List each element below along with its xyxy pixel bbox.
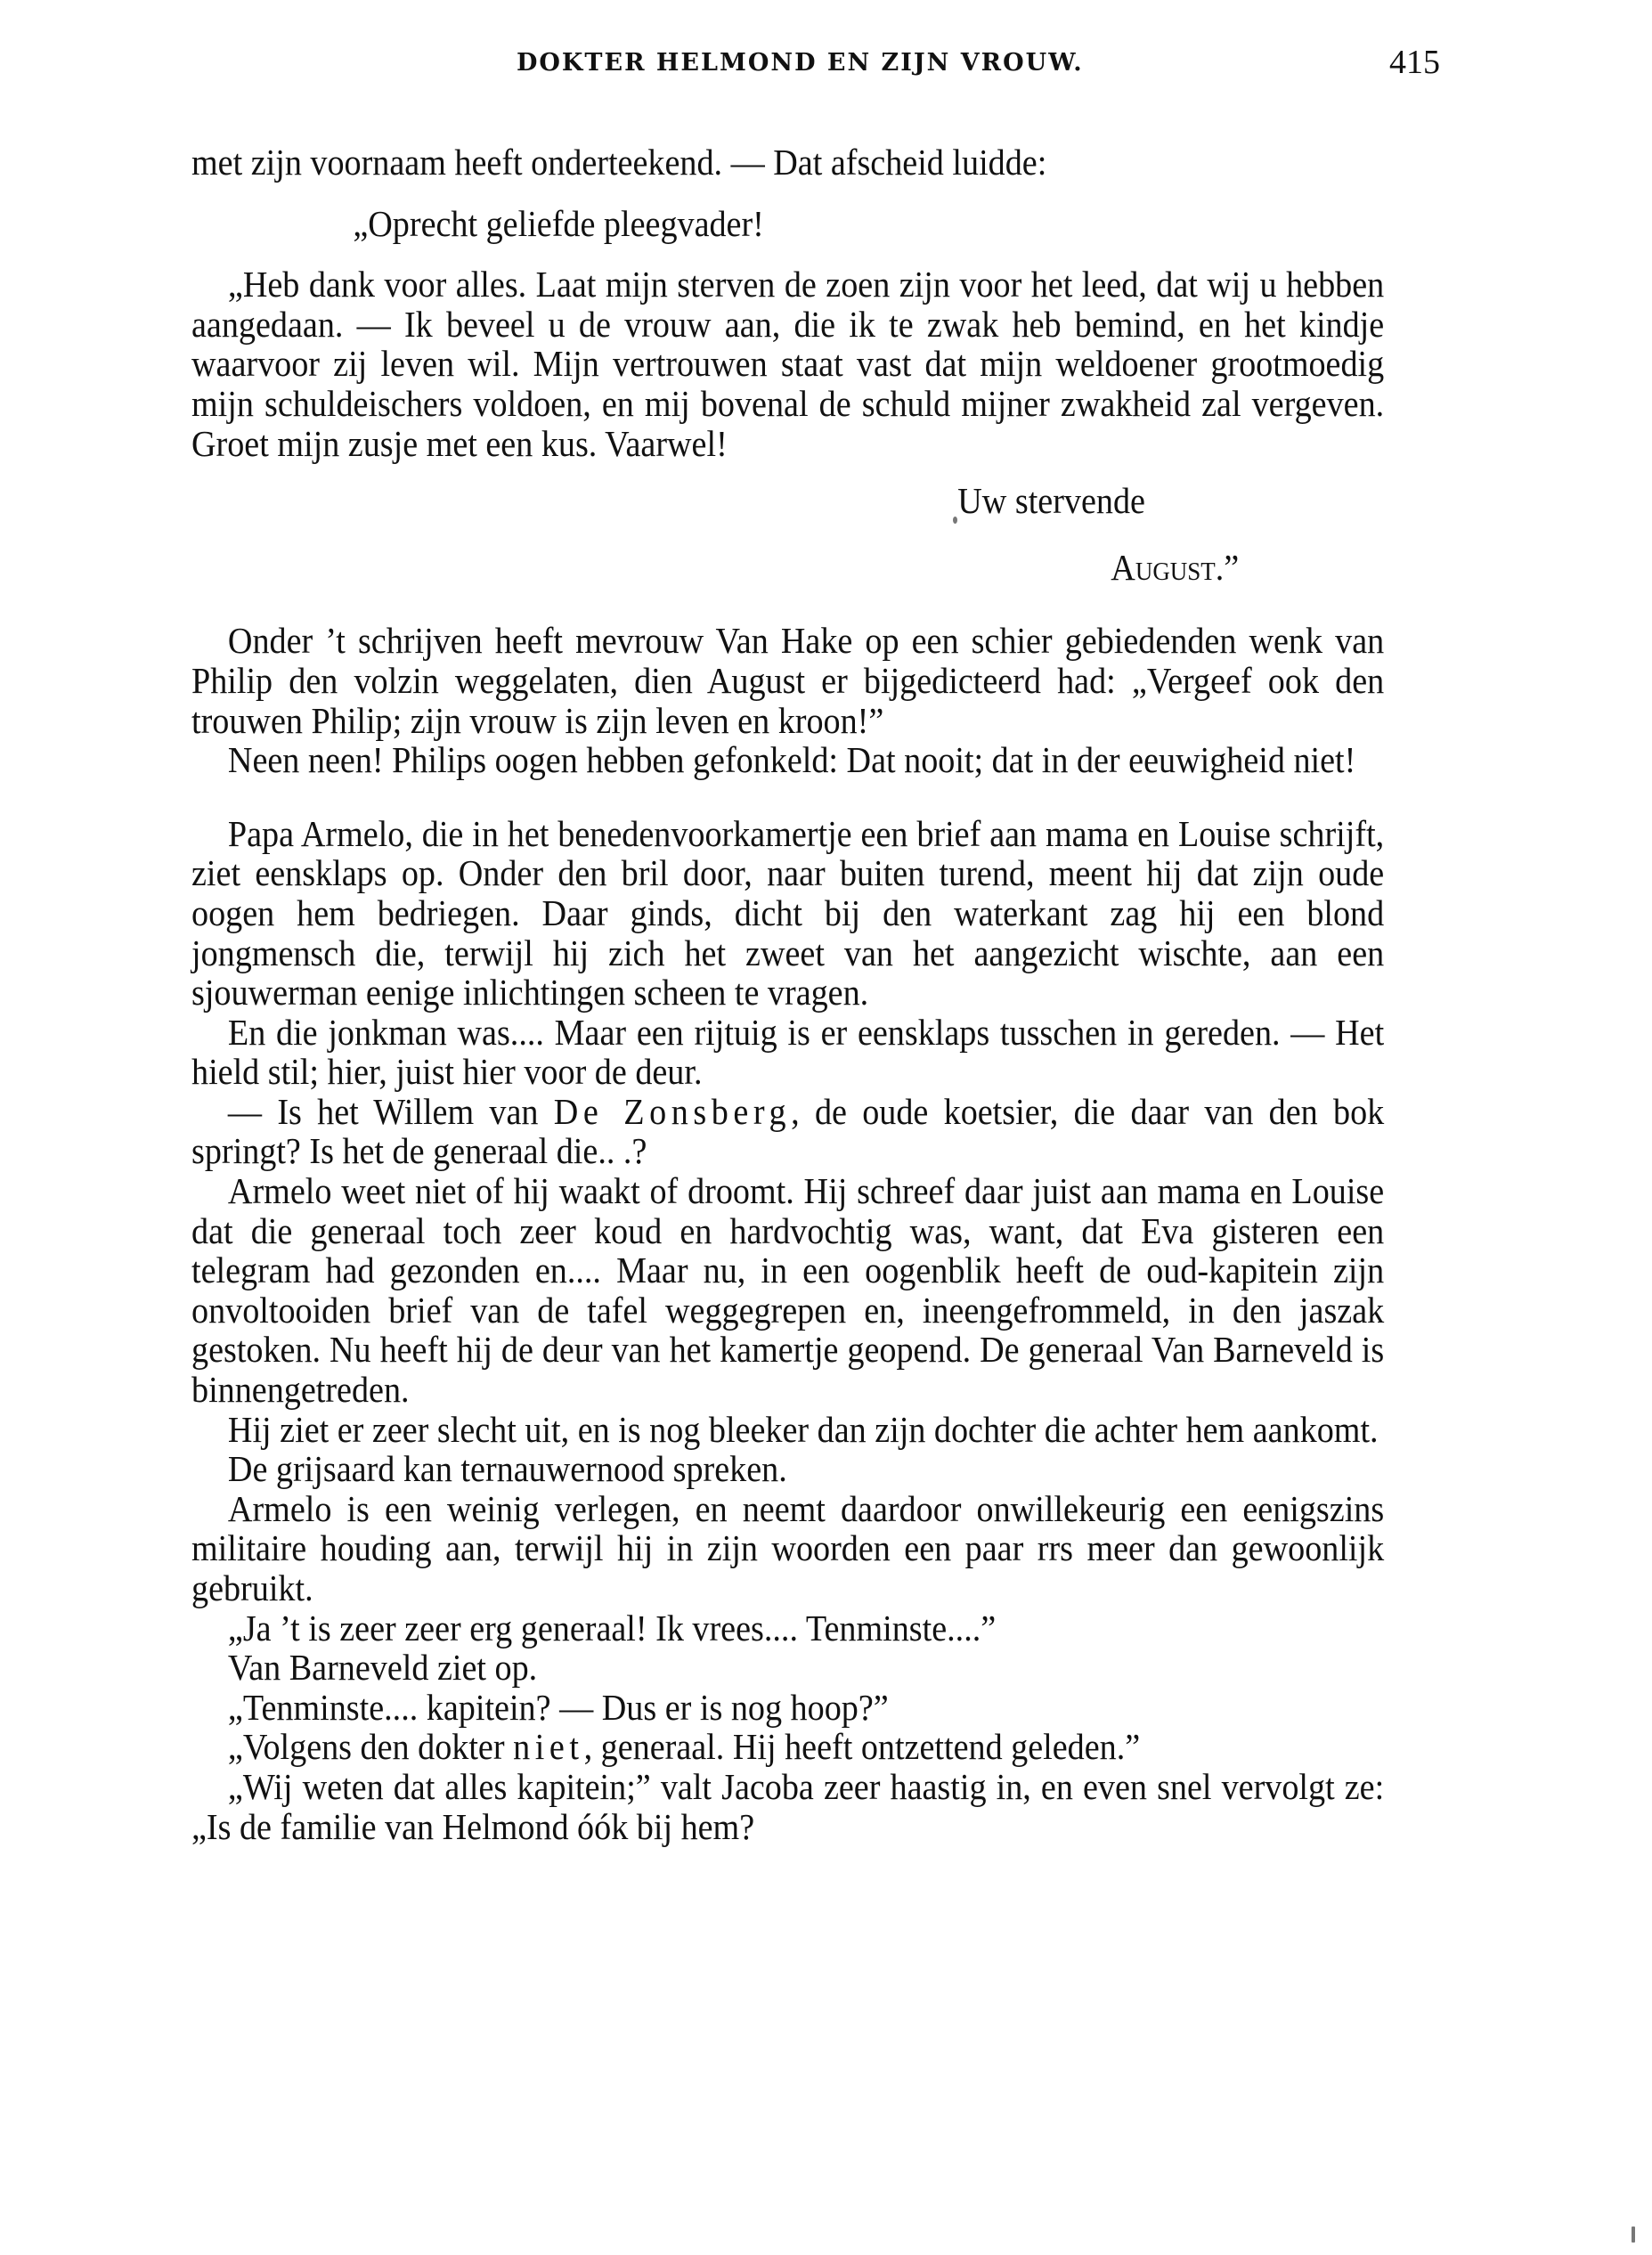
dialogue-line: „Volgens den dokter niet, generaal. Hij … — [191, 1727, 1384, 1767]
emphasized-word: niet — [513, 1726, 584, 1767]
scan-speck — [953, 517, 957, 524]
paragraph: Papa Armelo, die in het benedenvoorkamer… — [191, 814, 1384, 1013]
paragraph: Onder ’t schrijven heeft mevrouw Van Hak… — [191, 621, 1384, 740]
letter-body: „Heb dank voor alles. Laat mijn sterven … — [191, 265, 1384, 463]
paragraph: Armelo is een weinig verlegen, en neemt … — [191, 1489, 1384, 1608]
letter-closing: Uw stervende — [191, 481, 1384, 521]
dialogue-line: „Tenminste.... kapitein? — Dus er is nog… — [191, 1688, 1384, 1728]
running-title: DOKTER HELMOND EN ZIJN VROUW. — [517, 49, 1443, 77]
paragraph: Hij ziet er zeer slecht uit, en is nog b… — [191, 1410, 1384, 1450]
text-run: „Volgens den dokter — [228, 1726, 513, 1767]
dialogue-line: „Wij weten dat alles kapitein;” valt Jac… — [191, 1767, 1384, 1846]
paragraph: Armelo weet niet of hij waakt of droomt.… — [191, 1171, 1384, 1410]
body-text: met zijn voornaam heeft onderteekend. — … — [191, 142, 1384, 1846]
text-run: , generaal. Hij heeft ontzettend geleden… — [584, 1726, 1141, 1767]
text-run: — Is het Willem van — [228, 1091, 554, 1132]
emphasized-name: De Zonsberg — [554, 1091, 791, 1132]
paragraph: — Is het Willem van De Zonsberg, de oude… — [191, 1092, 1384, 1171]
paragraph: De grijsaard kan ternauwernood spreken. — [191, 1449, 1384, 1489]
scan-speck — [1632, 2227, 1635, 2243]
dialogue-line: „Ja ’t is zeer zeer erg generaal! Ik vre… — [191, 1608, 1384, 1649]
letter-salutation: „Oprecht geliefde pleegvader! — [191, 204, 1384, 244]
paragraph: Van Barneveld ziet op. — [191, 1648, 1384, 1688]
paragraph: met zijn voornaam heeft onderteekend. — … — [191, 142, 1384, 183]
paragraph: En die jonkman was.... Maar een rijtuig … — [191, 1013, 1384, 1092]
page-number: 415 — [1389, 43, 1440, 82]
book-page: DOKTER HELMOND EN ZIJN VROUW. 415 met zi… — [0, 0, 1652, 2255]
paragraph: Neen neen! Philips oogen hebben gefonkel… — [191, 740, 1384, 780]
letter-signature: August.” — [191, 548, 1384, 588]
